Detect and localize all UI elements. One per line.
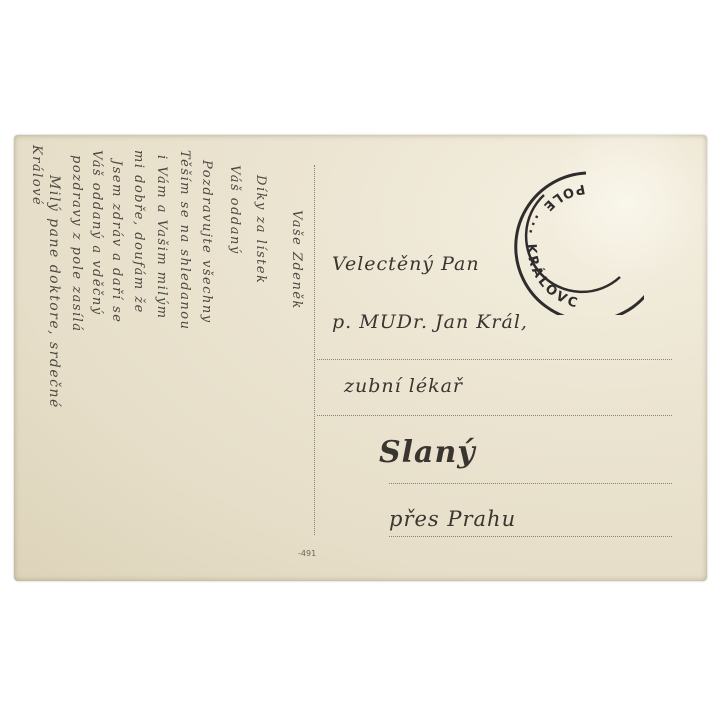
address-rule [317, 415, 672, 416]
message-column: Těším se na shledanou [177, 150, 192, 330]
address-line-title: zubní lékař [344, 375, 463, 397]
message-column: Pozdravujte všechny [199, 160, 214, 324]
message-column: Milý pane doktore, srdečné [46, 175, 62, 409]
address-rule [389, 483, 672, 484]
printed-number: -491 [298, 549, 316, 558]
postmark-icon: POLE ... KRÁLOVC [484, 155, 644, 315]
message-column: Vaše Zdeněk [289, 210, 304, 310]
address-rule [389, 536, 672, 537]
message-column: Váš oddaný [227, 165, 242, 255]
address-line-via: přes Prahu [389, 507, 516, 531]
message-column: i Vám a Vašim milým [154, 155, 169, 320]
message-column: Králové [29, 145, 44, 206]
address-line-salutation: Velectěný Pan [332, 253, 480, 275]
vertical-divider [314, 165, 315, 535]
address-line-city: Slaný [379, 435, 476, 470]
message-column: mi dobře, doufám že [131, 150, 146, 314]
message-column: pozdravy z pole zasílá [69, 155, 84, 333]
address-rule [317, 359, 672, 360]
postcard-back: Králové Milý pane doktore, srdečné pozdr… [14, 135, 707, 581]
message-column: Jsem zdráv a daří se [109, 160, 124, 323]
message-column: Díky za lístek [253, 175, 268, 284]
message-column: Váš oddaný a vděčný [89, 150, 104, 316]
